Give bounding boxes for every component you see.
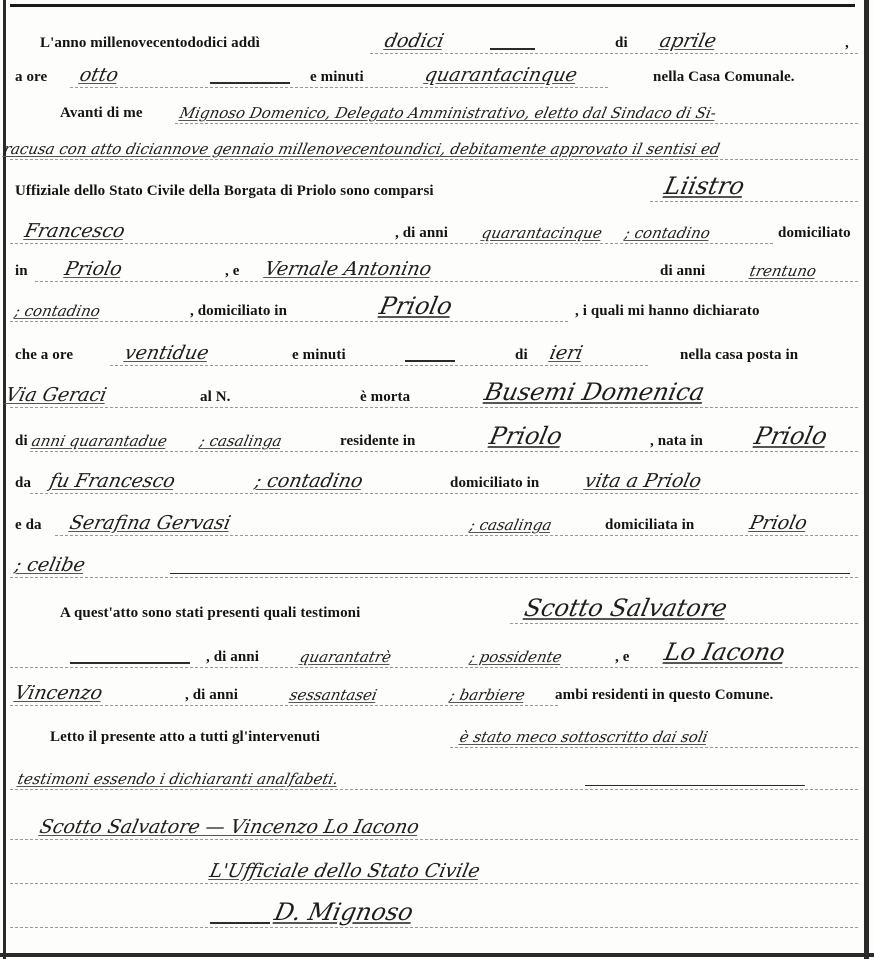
printed-text: , e — [225, 263, 239, 280]
printed-text: ambi residenti in questo Comune. — [555, 687, 773, 704]
printed-text: al N. — [200, 389, 231, 406]
record-line-witnesses: A quest'atto sono stati presenti quali t… — [10, 592, 858, 632]
handwritten-witness1-age: quarantatrè — [298, 648, 393, 666]
printed-text: e da — [15, 517, 42, 534]
record-line-father: da fu Francesco ; contadino domiciliato … — [10, 462, 858, 502]
handwritten-declarant1-age: quarantacinque — [480, 224, 604, 242]
printed-text: L'anno millenovecentododici addì — [40, 35, 260, 52]
handwritten-officer: Mignoso Domenico, Delegato Amministrativ… — [178, 104, 718, 122]
printed-text: e minuti — [292, 347, 346, 364]
record-line-deceased: Via Geraci al N. è morta Busemi Domenica — [10, 376, 858, 416]
printed-text: A quest'atto sono stati presenti quali t… — [60, 605, 360, 622]
record-line-witness2-details: Vincenzo , di anni sessantasei ; barbier… — [10, 674, 858, 714]
top-border-rule — [10, 4, 855, 7]
handwritten-declarant1-name: Francesco — [23, 220, 127, 242]
record-line-marital-status: ; celibe — [10, 546, 858, 586]
printed-text: residente in — [340, 433, 416, 450]
printed-text: che a ore — [15, 347, 73, 364]
record-line-time: a ore otto e minuti quarantacinque nella… — [10, 56, 858, 96]
handwritten-signing-note: è stato meco sottoscritto dai soli — [458, 728, 709, 746]
record-line-officer-cont: racusa con atto diciannove gennaio mille… — [10, 128, 858, 168]
handwritten-domicile: Priolo — [377, 292, 455, 320]
handwritten-death-day: ieri — [548, 342, 585, 364]
handwritten-declarant2-job: ; contadino — [13, 302, 102, 320]
handwritten-day: dodici — [383, 30, 446, 52]
printed-text: domiciliato in — [450, 475, 539, 492]
record-line-comparsi: Uffiziale dello Stato Civile della Borga… — [10, 170, 858, 210]
printed-text: , nata in — [650, 433, 703, 450]
printed-text: , di anni — [395, 225, 448, 242]
handwritten-hour: otto — [78, 64, 121, 86]
handwritten-witness2-surname: Lo Iacono — [662, 638, 788, 666]
printed-text: , i quali mi hanno dichiarato — [575, 303, 760, 320]
handwritten-witness2-name: Vincenzo — [13, 682, 105, 704]
printed-text: da — [15, 475, 31, 492]
handwritten-witness2-age: sessantasei — [288, 686, 379, 704]
printed-text: nella casa posta in — [680, 347, 798, 364]
printed-text: è morta — [360, 389, 410, 406]
printed-text: , di anni — [206, 649, 259, 666]
document-page: L'anno millenovecentododici addì dodici … — [0, 0, 874, 959]
handwritten-declarant2-name: Vernale Antonino — [263, 258, 434, 280]
handwritten-domicile: Priolo — [63, 258, 125, 280]
handwritten-death-hour: ventidue — [123, 342, 211, 364]
printed-text: , domiciliato in — [190, 303, 287, 320]
right-border-rule — [864, 0, 869, 959]
handwritten-birthplace: Priolo — [752, 422, 830, 450]
signature-line-officer-name: D. Mignoso — [10, 896, 858, 936]
printed-text: , e — [615, 649, 629, 666]
record-line-deceased-details: di anni quarantadue ; casalinga resident… — [10, 420, 858, 460]
printed-text: domiciliata in — [605, 517, 694, 534]
handwritten-appointment: racusa con atto diciannove gennaio mille… — [2, 140, 721, 158]
handwritten-deceased-name: Busemi Domenica — [482, 378, 707, 406]
printed-text: Avanti di me — [60, 105, 143, 122]
signature-line-officer-title: L'Ufficiale dello Stato Civile — [10, 852, 858, 892]
record-line-declarant1: Francesco , di anni quarantacinque ; con… — [10, 212, 858, 252]
handwritten-father-name: fu Francesco — [48, 470, 178, 492]
handwritten-mother-job: ; casalinga — [468, 516, 553, 534]
record-line-witness1-details: , di anni quarantatrè ; possidente , e L… — [10, 636, 858, 676]
printed-text: , di anni — [185, 687, 238, 704]
printed-text: di — [515, 347, 528, 364]
handwritten-mother-name: Serafina Gervasi — [68, 512, 233, 534]
printed-text: di — [615, 35, 628, 52]
printed-text: nella Casa Comunale. — [653, 69, 795, 86]
handwritten-deceased-age: anni quarantadue — [30, 432, 169, 450]
handwritten-street: Via Geraci — [4, 384, 109, 406]
printed-text: , — [845, 35, 849, 52]
handwritten-signing-note-cont: testimoni essendo i dichiaranti analfabe… — [16, 770, 340, 788]
record-line-declarant2-job: ; contadino , domiciliato in Priolo , i … — [10, 290, 858, 330]
printed-text: Letto il presente atto a tutti gl'interv… — [50, 729, 320, 746]
printed-text: di — [15, 433, 28, 450]
handwritten-residence: Priolo — [487, 422, 565, 450]
handwritten-month: aprile — [658, 30, 719, 52]
printed-text: domiciliato — [778, 225, 851, 242]
handwritten-declarant1-surname: Liistro — [662, 172, 747, 200]
handwritten-deceased-job: ; casalinga — [198, 432, 283, 450]
handwritten-minutes: quarantacinque — [423, 64, 580, 86]
printed-text: e minuti — [310, 69, 364, 86]
witness-signatures: Scotto Salvatore — Vincenzo Lo Iacono — [38, 816, 421, 838]
handwritten-declarant2-age: trentuno — [748, 262, 818, 280]
officer-signature: D. Mignoso — [272, 898, 416, 926]
printed-text: in — [15, 263, 28, 280]
handwritten-witness2-job: ; barbiere — [448, 686, 527, 704]
bottom-border-rule — [0, 953, 874, 957]
printed-text: a ore — [15, 69, 47, 86]
record-line-mother: e da Serafina Gervasi ; casalinga domici… — [10, 504, 858, 544]
record-line-death-time: che a ore ventidue e minuti di ieri nell… — [10, 334, 858, 374]
handwritten-father-job: ; contadino — [253, 470, 365, 492]
record-line-reading: Letto il presente atto a tutti gl'interv… — [10, 716, 858, 756]
handwritten-witness1-name: Scotto Salvatore — [522, 594, 730, 622]
record-line-declarant2: in Priolo , e Vernale Antonino di anni t… — [10, 250, 858, 290]
handwritten-declarant1-job: ; contadino — [623, 224, 712, 242]
printed-text: di anni — [660, 263, 705, 280]
printed-text: Uffiziale dello Stato Civile della Borga… — [15, 183, 434, 200]
record-line-officer: Avanti di me Mignoso Domenico, Delegato … — [10, 92, 858, 132]
officer-title: L'Ufficiale dello Stato Civile — [208, 860, 482, 882]
signature-line-witnesses: Scotto Salvatore — Vincenzo Lo Iacono — [10, 808, 858, 848]
handwritten-father-domicile: vita a Priolo — [583, 470, 704, 492]
handwritten-mother-domicile: Priolo — [748, 512, 810, 534]
handwritten-witness1-job: ; possidente — [468, 648, 564, 666]
handwritten-marital-status: ; celibe — [13, 554, 88, 576]
record-line-reading-cont: testimoni essendo i dichiaranti analfabe… — [10, 758, 858, 798]
